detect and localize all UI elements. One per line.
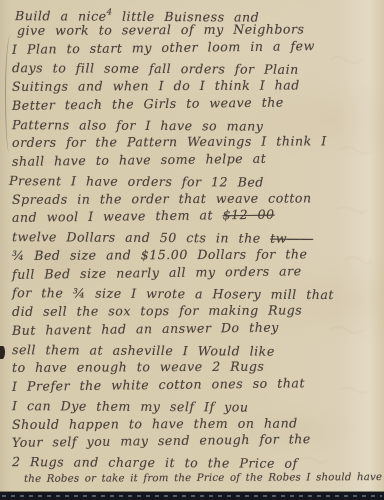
line-text: Patterns also for I have so many <box>12 117 263 134</box>
line-text: full Bed size nearly all my orders are <box>12 263 302 282</box>
handwritten-line: Your self you may send enough for the <box>0 430 384 453</box>
struck-text: $12 00 <box>222 207 274 223</box>
handwritten-line: I Prefer the white cotton ones so that <box>0 373 384 396</box>
handwritten-line: shall have to have some helpe at <box>0 148 384 171</box>
line-text: for the ¾ size I wrote a Hosery mill tha… <box>12 285 334 302</box>
handwritten-line: Better teach the Girls to weave the <box>0 92 384 115</box>
handwritten-line: full Bed size nearly all my orders are <box>0 261 384 284</box>
line-text: the Robes or take it from the Price of t… <box>24 472 384 485</box>
handwritten-line: I Plan to start my other loom in a few <box>0 36 384 59</box>
line-text: I Plan to start my other loom in a few <box>12 38 315 57</box>
line-text: and wool I weave them at <box>12 208 223 226</box>
line-text: orders for the Pattern Weavings I think … <box>12 134 327 151</box>
line-text: Your self you may send enough for the <box>12 431 311 450</box>
handwritten-line: the Robes or take it from the Price of t… <box>0 470 384 488</box>
line-text: to have enough to weave 2 Rugs <box>12 359 264 375</box>
line-text: did sell the sox tops for making Rugs <box>12 302 302 319</box>
book-edge <box>0 492 384 500</box>
handwritten-line: and wool I weave them at $12 00 <box>0 205 384 228</box>
line-text: twelve Dollars and 50 cts in the <box>12 229 270 246</box>
pencil-mark <box>5 34 15 152</box>
line-text: days to fill some fall orders for Plain <box>12 60 299 77</box>
line-text: 2 Rugs and charge it to the Price of <box>12 454 298 471</box>
struck-text: tw—— <box>270 231 313 246</box>
line-text: I can Dye them my self If you <box>12 398 249 414</box>
manuscript-page: Build a nice4 little Buisness andgive wo… <box>0 0 384 500</box>
handwriting-lines: Build a nice4 little Buisness andgive wo… <box>0 3 384 488</box>
line-text: Should happen to have them on hand <box>12 415 298 431</box>
line-text: Suitings and when I do I think I had <box>12 77 300 94</box>
line-text: Spreads in the order that weave cotton <box>12 190 312 207</box>
line-text: But havent had an answer Do they <box>12 319 279 337</box>
line-text: sell them at asheville I Would like <box>12 342 275 359</box>
handwritten-line: But havent had an answer Do they <box>0 317 384 340</box>
line-text: give work to several of my Neighbors <box>17 21 305 38</box>
line-text: ¾ Bed size and $15.00 Dollars for the <box>12 246 308 263</box>
line-text: shall have to have some helpe at <box>12 151 266 169</box>
line-text: Better teach the Girls to weave the <box>12 94 284 112</box>
line-text: Present I have orders for 12 Bed <box>9 173 264 190</box>
line-text: I Prefer the white cotton ones so that <box>12 375 305 394</box>
